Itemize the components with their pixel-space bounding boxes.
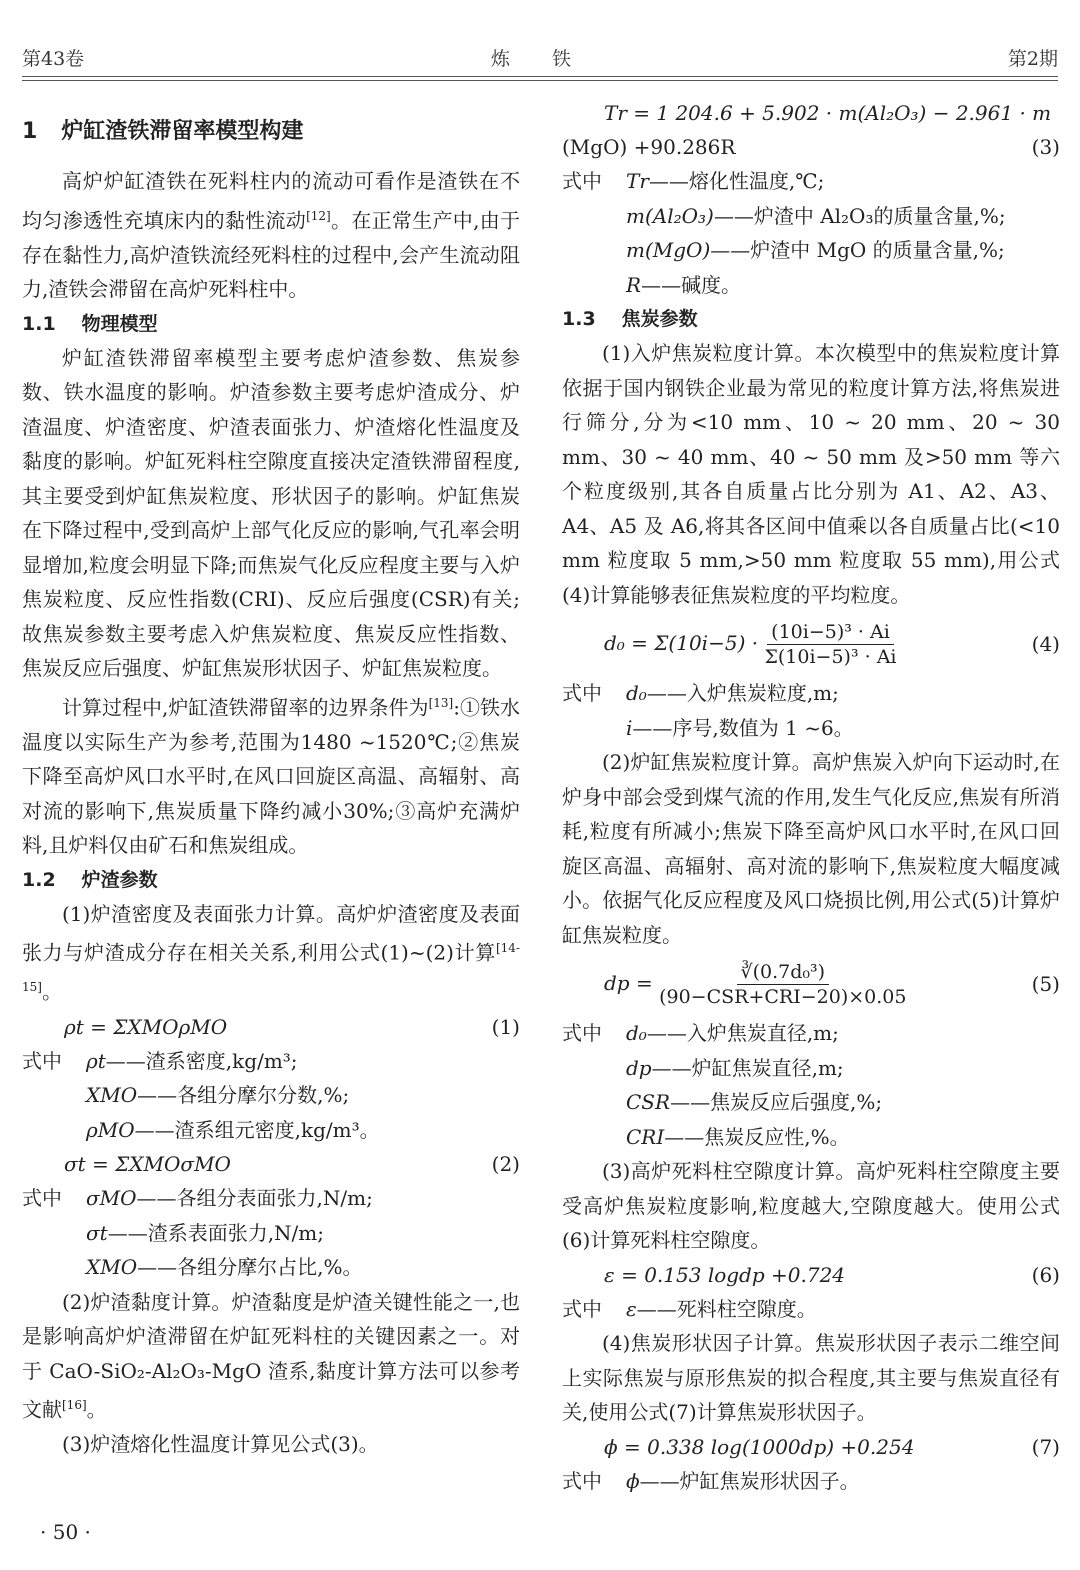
equation-definitions: 式中d₀——入炉焦炭直径,m; bbox=[562, 1016, 1060, 1051]
equation-definitions: 式中σMO——各组分表面张力,N/m; bbox=[22, 1181, 520, 1216]
equation-definitions: 式中ϕ——炉缸焦炭形状因子。 bbox=[562, 1464, 1060, 1499]
paragraph: (3)炉渣熔化性温度计算见公式(3)。 bbox=[22, 1427, 520, 1462]
paragraph: (2)炉缸焦炭粒度计算。高炉焦炭入炉向下运动时,在炉身中部会受到煤气流的作用,发… bbox=[562, 745, 1060, 952]
paragraph: 高炉炉缸渣铁在死料柱内的流动可看作是渣铁在不均匀渗透性充填床内的黏性流动[12]… bbox=[22, 164, 520, 307]
left-column: 1炉缸渣铁滞留率模型构建 高炉炉缸渣铁在死料柱内的流动可看作是渣铁在不均匀渗透性… bbox=[22, 96, 520, 1462]
paragraph: (4)焦炭形状因子计算。焦炭形状因子表示二维空间上实际焦炭与原形焦炭的拟合程度,… bbox=[562, 1326, 1060, 1430]
equation-6: ε = 0.153 logdp +0.724(6) bbox=[562, 1258, 1060, 1292]
paragraph: (3)高炉死料柱空隙度计算。高炉死料柱空隙度主要受高炉焦炭粒度影响,粒度越大,空… bbox=[562, 1154, 1060, 1258]
equation-definitions: 式中ρt——渣系密度,kg/m³; bbox=[22, 1044, 520, 1079]
equation-1: ρt = ΣXMOρMO(1) bbox=[22, 1010, 520, 1044]
citation[interactable]: [16] bbox=[62, 1398, 87, 1412]
equation-definitions: 式中ε——死料柱空隙度。 bbox=[562, 1292, 1060, 1327]
issue-label: 第2期 bbox=[1008, 44, 1058, 71]
equation-7: ϕ = 0.338 log(1000dp) +0.254(7) bbox=[562, 1430, 1060, 1464]
citation[interactable]: [12] bbox=[306, 209, 331, 223]
equation-2: σt = ΣXMOσMO(2) bbox=[22, 1147, 520, 1181]
section-heading: 1炉缸渣铁滞留率模型构建 bbox=[22, 114, 520, 150]
equation-3: Tr = 1 204.6 + 5.902 · m(Al₂O₃) − 2.961 … bbox=[562, 96, 1060, 130]
paragraph: (1)入炉焦炭粒度计算。本次模型中的焦炭粒度计算依据于国内钢铁企业最为常见的粒度… bbox=[562, 336, 1060, 612]
page-number: · 50 · bbox=[40, 1520, 91, 1544]
citation[interactable]: [13] bbox=[429, 696, 454, 710]
equation-4: d₀ = Σ(10i−5) · (10i−5)³ · AiΣ(10i−5)³ ·… bbox=[562, 612, 1060, 676]
header-rule bbox=[22, 80, 1058, 81]
right-column: Tr = 1 204.6 + 5.902 · m(Al₂O₃) − 2.961 … bbox=[562, 96, 1060, 1498]
equation-5: dp = ∛(0.7d₀³)(90−CSR+CRI−20)×0.05 (5) bbox=[562, 952, 1060, 1016]
paragraph: (2)炉渣黏度计算。炉渣黏度是炉渣关键性能之一,也是影响高炉炉渣滞留在炉缸死料柱… bbox=[22, 1285, 520, 1428]
paragraph: (1)炉渣密度及表面张力计算。高炉炉渣密度及表面张力与炉渣成分存在相关关系,利用… bbox=[22, 897, 520, 1010]
equation-definitions: 式中d₀——入炉焦炭粒度,m; bbox=[562, 676, 1060, 711]
paragraph: 炉缸渣铁滞留率模型主要考虑炉渣参数、焦炭参数、铁水温度的影响。炉渣参数主要考虑炉… bbox=[22, 341, 520, 686]
header-rule bbox=[22, 76, 1058, 77]
journal-title: 炼 铁 bbox=[22, 44, 1058, 71]
equation-definitions: 式中Tr——熔化性温度,℃; bbox=[562, 164, 1060, 199]
running-header: 第43卷 炼 铁 第2期 bbox=[22, 40, 1058, 74]
subsection-heading: 1.2炉渣参数 bbox=[22, 863, 520, 897]
subsection-heading: 1.3焦炭参数 bbox=[562, 302, 1060, 336]
subsection-heading: 1.1物理模型 bbox=[22, 307, 520, 341]
paragraph: 计算过程中,炉缸渣铁滞留率的边界条件为[13]:①铁水温度以实际生产为参考,范围… bbox=[22, 686, 520, 863]
